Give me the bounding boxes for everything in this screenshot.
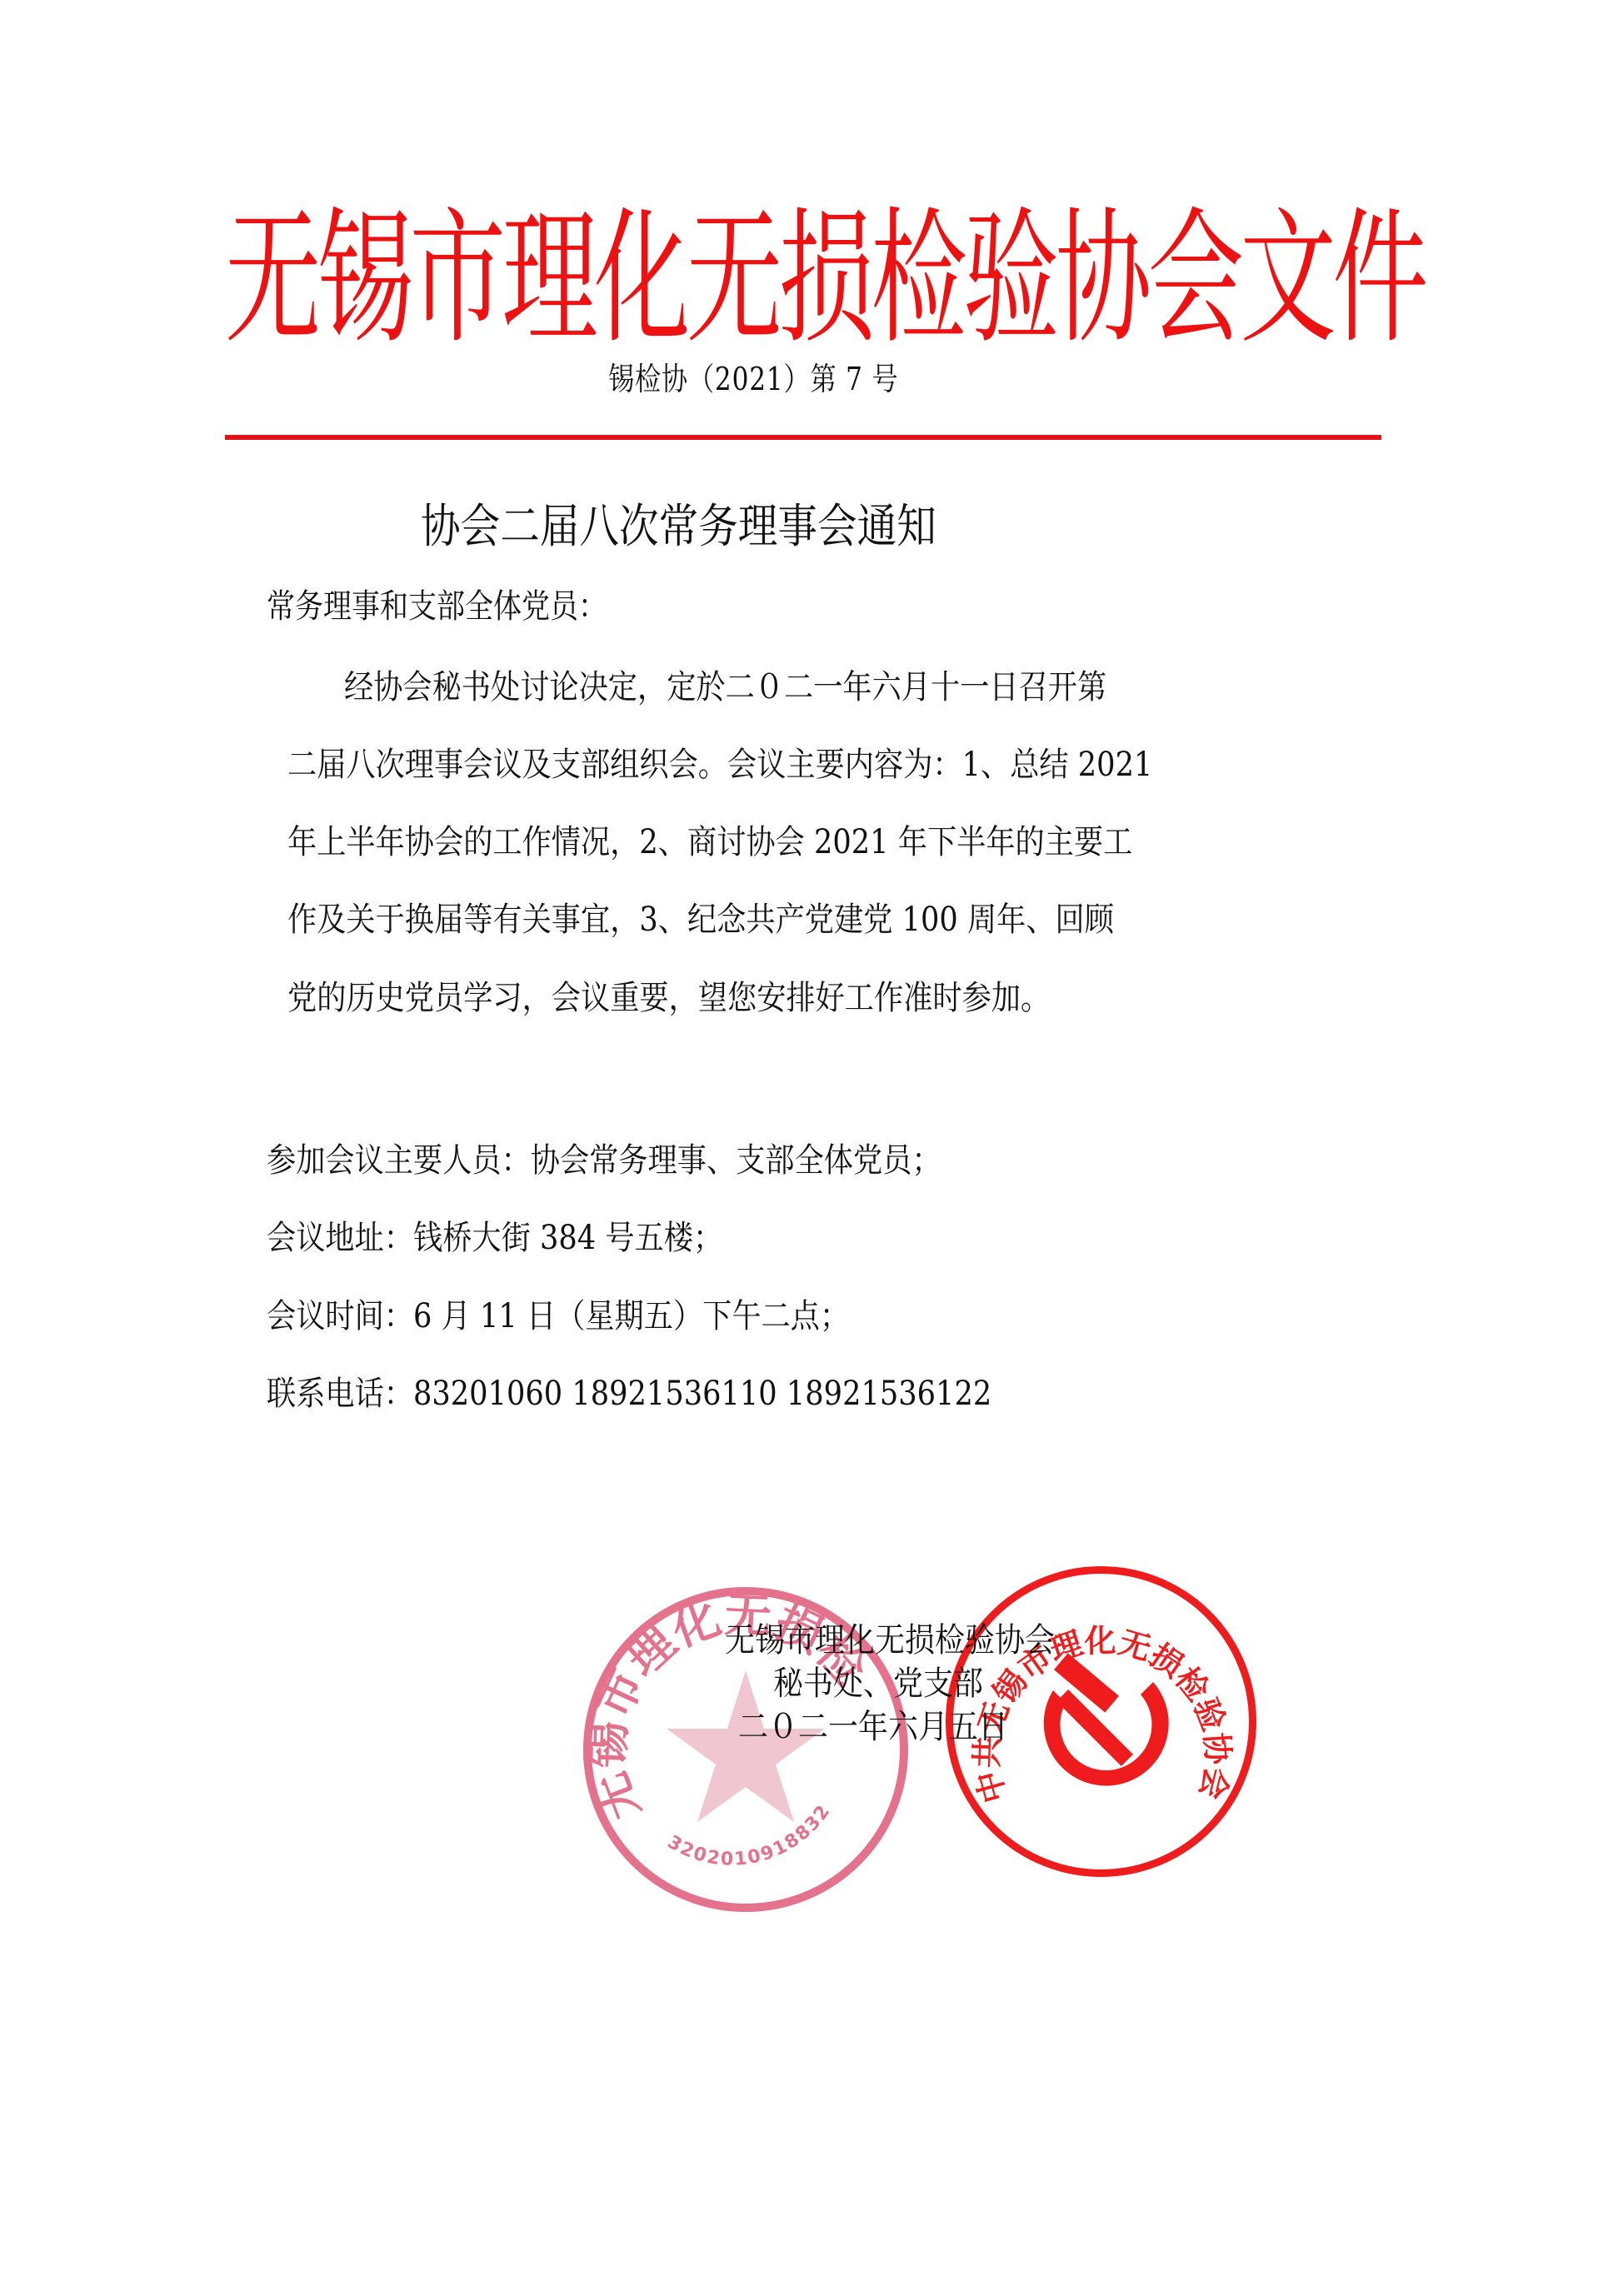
title-char: 无 <box>225 200 317 357</box>
title-char: 会 <box>1148 200 1241 357</box>
title-char: 文 <box>1240 200 1332 357</box>
title-char: 验 <box>963 200 1056 357</box>
attendees-line: 参加会议主要人员：协会常务理事、支部全体党员； <box>267 1137 1293 1184</box>
body-line-3: 年上半年协会的工作情况，2、商讨协会 2021 年下半年的主要工 <box>287 819 1314 866</box>
salutation: 常务理事和支部全体党员： <box>267 583 762 630</box>
body-line-5: 党的历史党员学习，会议重要，望您安排好工作准时参加。 <box>287 975 1314 1021</box>
title-char: 无 <box>687 200 779 357</box>
document-number: 锡检协（2021）第 7 号 <box>608 358 950 400</box>
body-line-4: 作及关于换届等有关事宜，3、纪念共产党建党 100 周年、回顾 <box>287 896 1314 943</box>
signature-date: 二０二一年六月五日 <box>738 1707 1008 1747</box>
title-char: 损 <box>779 200 871 357</box>
hammer-sickle-icon <box>1044 1653 1169 1785</box>
time-line: 会议时间：6 月 11 日（星期五）下午二点； <box>267 1293 1293 1340</box>
phone-line: 联系电话：83201060 18921536110 18921536122 <box>267 1370 1293 1417</box>
signature-dept: 秘书处、党支部 <box>773 1664 983 1704</box>
title-char: 理 <box>502 200 594 357</box>
title-char: 检 <box>871 200 963 357</box>
title-char: 件 <box>1332 200 1425 357</box>
title-char: 协 <box>1056 200 1148 357</box>
address-line: 会议地址：钱桥大街 384 号五楼； <box>267 1215 1293 1261</box>
body-line-1: 经协会秘书处讨论决定，定於二０二一年六月十一日召开第 <box>344 664 1371 711</box>
title-char: 锡 <box>317 200 410 357</box>
body-line-2: 二届八次理事会议及支部组织会。会议主要内容为：1、总结 2021 <box>287 741 1314 788</box>
notice-title: 协会二届八次常务理事会通知 <box>421 498 1058 557</box>
signature-org: 无锡市理化无损检验协会 <box>725 1620 1055 1660</box>
org-document-title: 无 锡 市 理 化 无 损 检 验 协 会 文 件 <box>225 200 1148 333</box>
title-char: 化 <box>594 200 687 357</box>
title-char: 市 <box>410 200 502 357</box>
svg-text:3202010918832: 3202010918832 <box>664 1800 835 1870</box>
header-divider <box>225 435 1381 440</box>
document-page: 无 锡 市 理 化 无 损 检 验 协 会 文 件 锡检协（2021）第 7 号… <box>0 0 1623 2296</box>
